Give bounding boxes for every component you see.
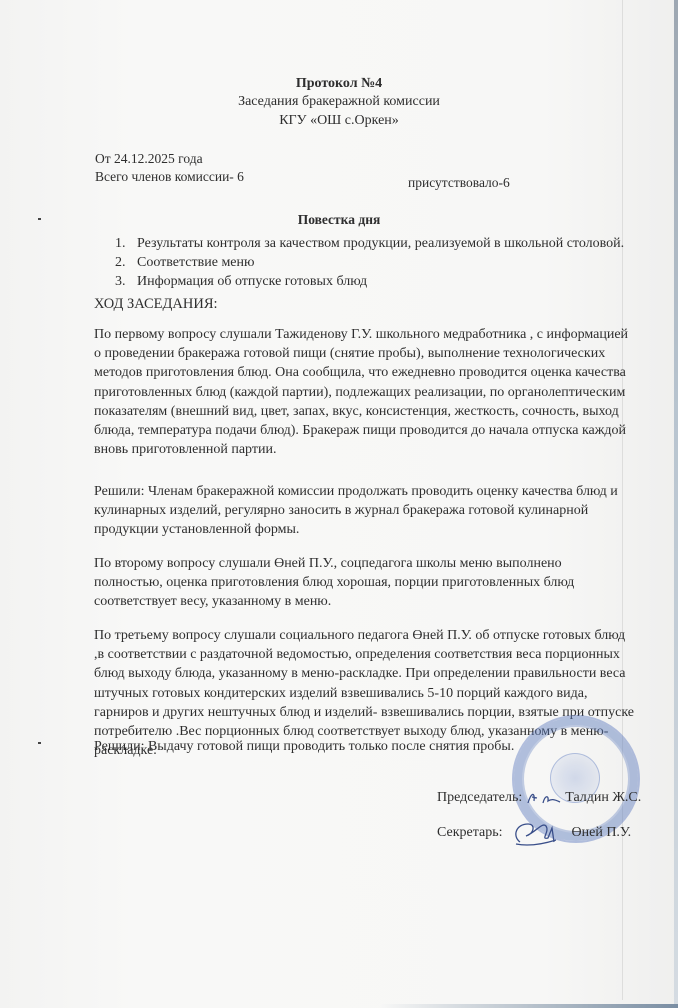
agenda-number: 1. <box>115 236 137 252</box>
organization-name: КГУ «ОШ с.Оркен» <box>0 113 678 129</box>
text-line: методов приготовления блюд. Она сообщила… <box>94 363 634 382</box>
agenda-number: 3. <box>115 274 137 290</box>
document-subtitle: Заседания бракеражной комиссии <box>0 94 678 110</box>
text-line: вновь приготовленной партии. <box>94 440 634 459</box>
scanned-document-page: Протокол №4 Заседания бракеражной комисс… <box>0 0 678 1008</box>
date-line: От 24.12.2025 года <box>95 151 203 167</box>
agenda-text: Соответствие меню <box>137 255 254 270</box>
text-line: приготовленных блюд (каждой партии), под… <box>94 383 634 402</box>
page-right-edge <box>674 0 678 1008</box>
members-line: Всего членов комиссии- 6 <box>95 169 244 185</box>
agenda-text: Информация об отпуске готовых блюд <box>137 274 367 289</box>
present-line: присутствовало-6 <box>408 175 510 191</box>
chair-signature-icon <box>526 789 562 807</box>
agenda-list: 1.Результаты контроля за качеством проду… <box>115 236 624 293</box>
proceedings-heading: ХОД ЗАСЕДАНИЯ: <box>94 296 218 313</box>
agenda-item: 2.Соответствие меню <box>115 255 624 274</box>
text-line: Решили: Членам бракеражной комиссии прод… <box>94 482 634 501</box>
agenda-item: 3.Информация об отпуске готовых блюд <box>115 274 624 293</box>
paragraph-decision-1: Решили: Членам бракеражной комиссии прод… <box>94 482 634 540</box>
paragraph-decision-final: Решили: Выдачу готовой пищи проводить то… <box>94 737 634 756</box>
text-line: показателям (внешний вид, цвет, запах, в… <box>94 402 634 421</box>
text-line: полностью, оценка приготовления блюд хор… <box>94 573 634 592</box>
text-line: По третьему вопросу слушали социального … <box>94 626 634 645</box>
text-line: По первому вопросу слушали Тажиденову Г.… <box>94 325 634 344</box>
agenda-item: 1.Результаты контроля за качеством проду… <box>115 236 624 255</box>
secretary-signature-icon <box>506 818 568 848</box>
text-line: кулинарных изделий, регулярно заносить в… <box>94 501 634 520</box>
text-line: продукции установленной формы. <box>94 520 634 539</box>
secretary-name: Өней П.У. <box>572 825 632 841</box>
secretary-label: Секретарь: <box>437 825 503 841</box>
text-line: блюда, температура подачи блюд). Бракера… <box>94 421 634 440</box>
document-title: Протокол №4 <box>0 76 678 92</box>
chair-label: Председатель: <box>437 790 522 806</box>
paragraph-first-question: По первому вопросу слушали Тажиденову Г.… <box>94 325 634 459</box>
agenda-number: 2. <box>115 255 137 271</box>
secretary-signature-row: Секретарь: Өней П.У. <box>437 818 631 848</box>
text-line: ,в соответствии с раздаточной ведомостью… <box>94 645 634 664</box>
text-line: По второму вопросу слушали Өней П.У., со… <box>94 554 634 573</box>
chair-name: Талдин Ж.С. <box>565 790 641 806</box>
speck-mark <box>38 742 41 744</box>
page-bottom-edge <box>380 1004 678 1008</box>
agenda-text: Результаты контроля за качеством продукц… <box>137 236 624 251</box>
text-line: Решили: Выдачу готовой пищи проводить то… <box>94 737 634 756</box>
chair-signature-row: Председатель: Талдин Ж.С. <box>437 789 641 807</box>
text-line: штучных готовых кондитерских изделий взв… <box>94 684 634 703</box>
text-line: соответствует весу, указанному в меню. <box>94 592 634 611</box>
text-line: блюд выходу блюда, указанному в меню-рас… <box>94 664 634 683</box>
paragraph-second-question: По второму вопросу слушали Өней П.У., со… <box>94 554 634 612</box>
agenda-title: Повестка дня <box>0 212 678 228</box>
text-line: о проведении бракеража готовой пищи (сня… <box>94 344 634 363</box>
